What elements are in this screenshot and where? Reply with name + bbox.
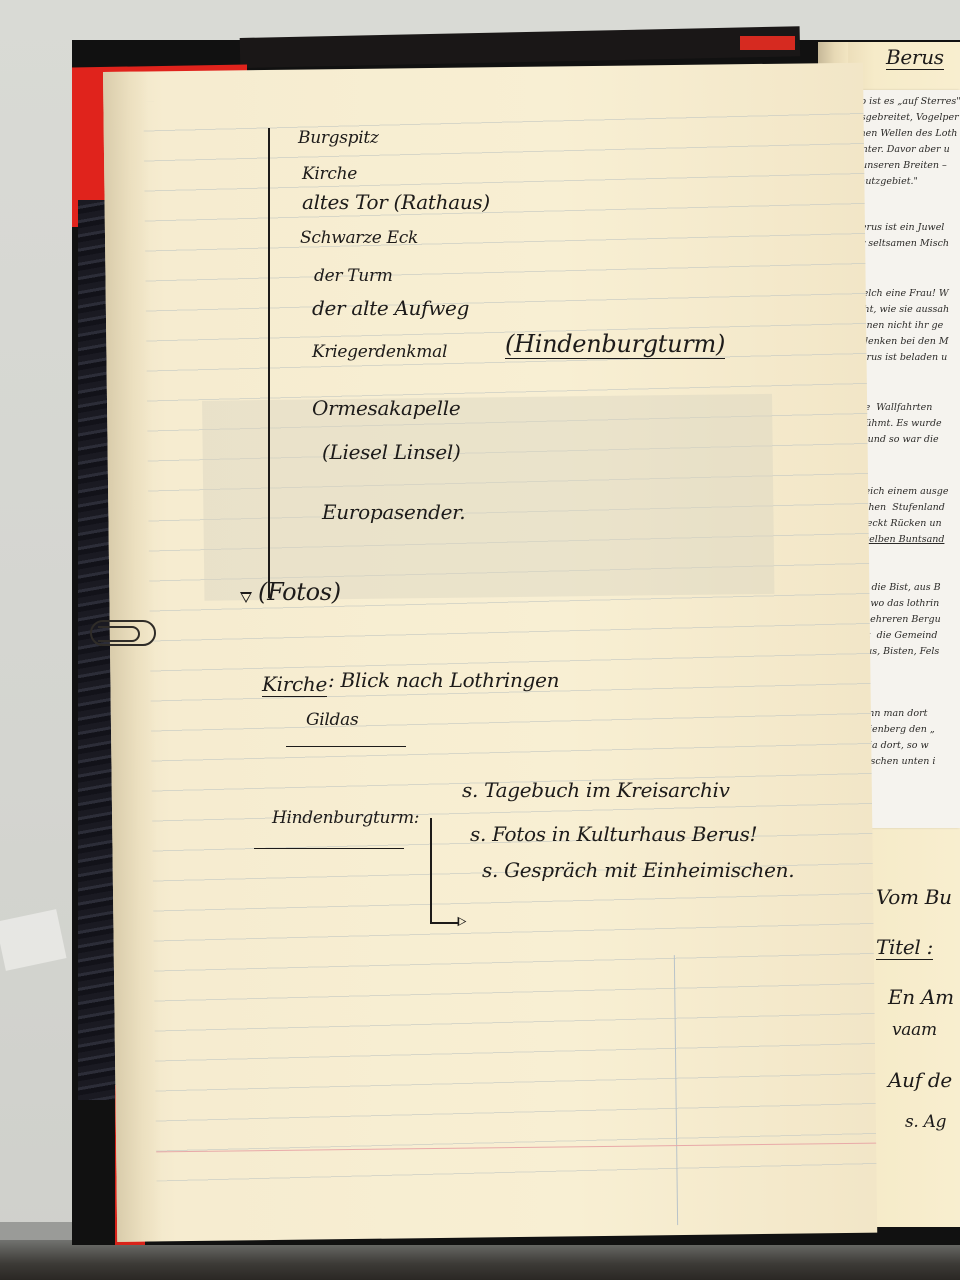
kirche-note: : Blick nach Lothringen (328, 668, 559, 692)
list-arrow-head-icon (240, 592, 252, 603)
bracket-arrow-icon (458, 917, 467, 927)
left-page (103, 63, 877, 1242)
bracket-line (430, 818, 432, 924)
list-item-alte-aufweg: der alte Aufweg (312, 296, 469, 320)
list-item-der-turm: der Turm (314, 266, 393, 286)
right-note-4: vaam (892, 1020, 937, 1040)
bleed-through-photo (202, 394, 774, 601)
list-item-burgspitz: Burgspitz (298, 128, 379, 148)
clipping-paragraph-1: „So ist es „auf Sterres" ausgebreitet, V… (849, 94, 960, 190)
right-note-6: s. Ag (905, 1112, 946, 1132)
cover-corner-red-right (740, 36, 795, 50)
section-divider (286, 746, 406, 747)
list-item-altes-tor: altes Tor (Rathaus) (302, 190, 490, 214)
tape-mark (0, 909, 67, 971)
hindenburg-item-3: s. Gespräch mit Einheimischen. (482, 858, 794, 882)
kirche-label: Kirche (262, 672, 327, 697)
bracket-foot (430, 922, 460, 924)
kirche-note-2: Gildas (306, 710, 358, 730)
hindenburg-item-1: s. Tagebuch im Kreisarchiv (462, 778, 730, 802)
list-item-kirche: Kirche (302, 164, 357, 184)
paperclip-icon (90, 620, 156, 646)
list-item-schwarze-eck: Schwarze Eck (300, 228, 418, 248)
hindenburg-underline (254, 848, 404, 849)
ruled-lines (143, 93, 876, 1182)
list-end-fotos: (Fotos) (258, 578, 341, 606)
right-note-title: Titel : (876, 935, 933, 960)
right-note-3: En Am (888, 985, 954, 1009)
right-note-5: Auf de (888, 1068, 952, 1092)
right-note-1: Vom Bu (876, 885, 952, 909)
right-page-heading: Berus (886, 45, 944, 70)
hindenburg-label: Hindenburgturm: (272, 808, 419, 828)
list-item-kriegerdenkmal: Kriegerdenkmal (312, 342, 447, 362)
list-item-europasender: Europasender. (322, 500, 465, 524)
list-arrow-line (268, 128, 270, 598)
list-item-ormesakapelle: Ormesakapelle (312, 396, 460, 420)
hindenburg-item-2: s. Fotos in Kulturhaus Berus! (470, 822, 757, 846)
list-item-liesel-linsel: (Liesel Linsel) (322, 440, 461, 464)
list-item-hindenburgturm: (Hindenburgturm) (505, 330, 725, 359)
